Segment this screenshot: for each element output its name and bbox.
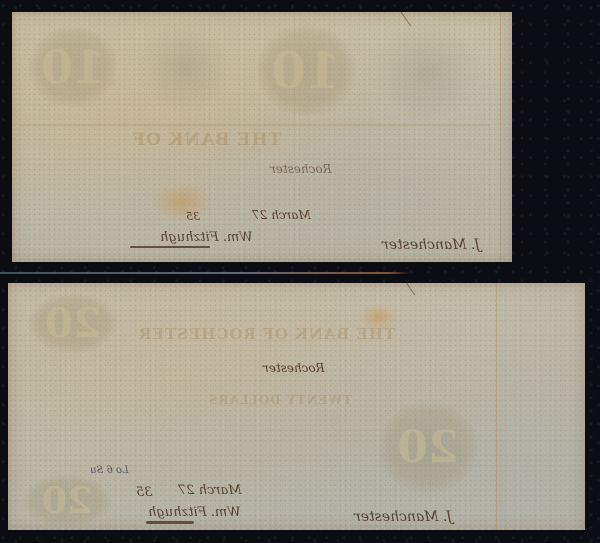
handwritten-place: Rochester [270, 162, 332, 176]
border-band [20, 124, 490, 127]
ink-stroke [402, 283, 415, 295]
president-signature: J. Manchester [354, 509, 452, 525]
vignette-figure [372, 22, 482, 122]
handwritten-year: 35 [136, 485, 153, 500]
banknote-ten-reverse: 10 10 THE BANK OF Rochester March 27 35 … [12, 12, 512, 262]
banknote-twenty-reverse: 20 20 20 THE BANK OF ROCHESTER TWENTY DO… [8, 283, 585, 530]
signature-flourish [146, 521, 194, 524]
denomination-panel-bottom-left: 20 [22, 475, 112, 527]
end-panel [500, 12, 512, 262]
foxing-stain [152, 182, 212, 222]
cashier-signature: Wm. Fitzhugh [160, 230, 253, 245]
signature-flourish [130, 246, 210, 248]
vignette-eagle [137, 20, 232, 115]
pencil-annotation: Lo 6 Su [90, 465, 129, 476]
cashier-signature: Wm. Fitzhugh [148, 505, 241, 520]
show-through-value: TWENTY DOLLARS [208, 393, 352, 407]
holder-divider [0, 272, 410, 274]
handwritten-date: March 27 [252, 208, 311, 222]
show-through-title: THE BANK OF ROCHESTER [138, 325, 395, 343]
handwritten-year: 35 [186, 210, 200, 223]
handwritten-place: Rochester [263, 361, 325, 375]
foxing-stain [358, 303, 398, 331]
denomination-panel-top-left: 20 [28, 293, 118, 353]
show-through-title: THE BANK OF [132, 130, 281, 150]
president-signature: J. Manchester [382, 237, 480, 253]
denomination-medallion-left: 10 [28, 26, 118, 108]
end-panel [496, 283, 585, 530]
denomination-medallion-center: 10 [256, 24, 356, 116]
denomination-medallion-right: 20 [378, 401, 478, 493]
handwritten-date: March 27 [178, 483, 242, 498]
